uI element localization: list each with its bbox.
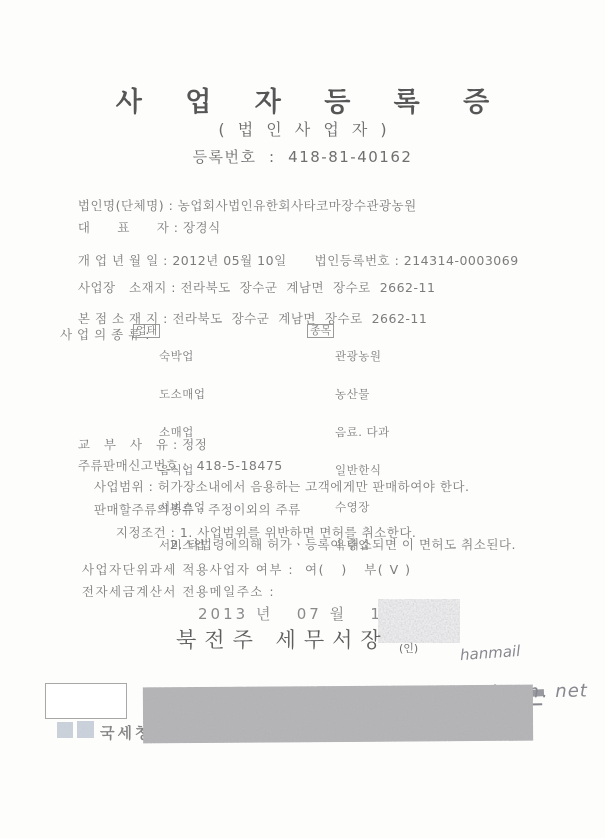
seal-mark: (인) [399, 640, 418, 656]
redaction-noise-block [143, 685, 533, 744]
registration-number: 등록번호 : 418-81-40162 [0, 146, 605, 167]
nts-emblem-icon [57, 722, 73, 738]
hq-address-value: 전라북도 장수군 계남면 장수로 2662-11 [172, 311, 427, 326]
nts-flower-logo-icon [77, 721, 94, 738]
handwritten-email-suffix: . net [542, 680, 588, 702]
jongmok-item: 관광농원 [335, 350, 390, 363]
uptae-box-label: 업태 [133, 324, 160, 338]
representative-label: 대 표 자 : [78, 220, 183, 235]
business-address-value: 전라북도 장수군 계남면 장수로 2662-11 [180, 280, 435, 295]
certificate-subtitle: ( 법 인 사 업 자 ) [0, 117, 605, 140]
issuer-name: 북전주 세무서장 [176, 624, 389, 654]
business-address-label: 사업장 소재지 : [78, 280, 181, 295]
jongmok-item: 농산물 [335, 388, 390, 401]
einvoice-email-label: 전자세금계산서 전용메일주소 : [82, 584, 281, 599]
certificate-title: 사 업 자 등 록 증 [0, 80, 605, 119]
uptae-item: 도소매업 [159, 388, 205, 401]
unit-tax-value: 여( ) 부( V ) [305, 562, 412, 577]
business-registration-certificate-scan: 사 업 자 등 록 증 ( 법 인 사 업 자 ) 등록번호 : 418-81-… [0, 0, 605, 838]
uptae-item: 숙박업 [159, 350, 205, 363]
blank-stamp-box [45, 683, 127, 719]
representative-value: 장경식 [183, 220, 221, 235]
jongmok-box-label: 종목 [307, 324, 334, 338]
jongmok-item: 음료. 다과 [335, 426, 390, 439]
official-seal-redacted-icon [378, 599, 460, 643]
